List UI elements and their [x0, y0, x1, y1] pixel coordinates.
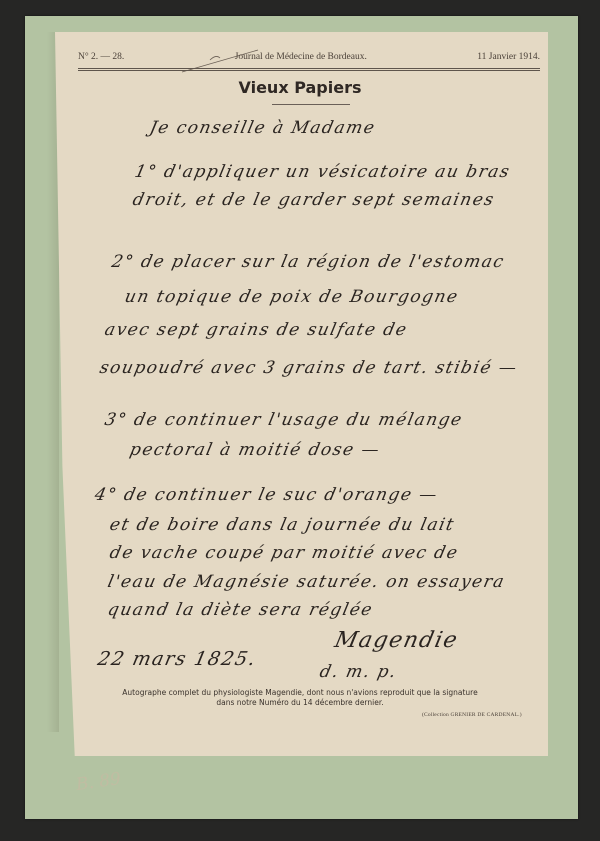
- manuscript-line: avec sept grains de sulfate de: [103, 320, 410, 340]
- manuscript-line: et de boire dans la journée du lait: [108, 515, 457, 535]
- caption: Autographe complet du physiologiste Mage…: [60, 688, 540, 708]
- signature-initials: d. m. p.: [318, 662, 399, 682]
- manuscript-line: quand la diète sera réglée: [106, 600, 375, 620]
- manuscript-line: 3° de continuer l'usage du mélange: [103, 410, 465, 430]
- manuscript-line: Je conseille à Madame: [148, 118, 378, 138]
- manuscript-line: soupoudré avec 3 grains de tart. stibié …: [98, 358, 520, 378]
- manuscript-date: 22 mars 1825.: [96, 648, 259, 670]
- manuscript-line: droit, et de le garder sept semaines: [131, 190, 497, 210]
- signature: Magendie: [332, 628, 460, 653]
- manuscript-line: un topique de poix de Bourgogne: [123, 287, 461, 307]
- manuscript-line: 2° de placer sur la région de l'estomac: [110, 252, 507, 272]
- caption-line-2: dans notre Numéro du 14 décembre dernier…: [60, 698, 540, 708]
- manuscript-line: de vache coupé par moitié avec de: [108, 543, 461, 563]
- manuscript-line: 4° de continuer le suc d'orange —: [93, 485, 440, 505]
- manuscript-line: l'eau de Magnésie saturée. on essayera: [106, 572, 507, 592]
- caption-line-1: Autographe complet du physiologiste Mage…: [60, 688, 540, 698]
- collection-credit: (Collection GRENIER DE CARDENAL.): [422, 712, 522, 718]
- manuscript-line: pectoral à moitié dose —: [128, 440, 382, 460]
- manuscript-line: 1° d'appliquer un vésicatoire au bras: [133, 162, 512, 182]
